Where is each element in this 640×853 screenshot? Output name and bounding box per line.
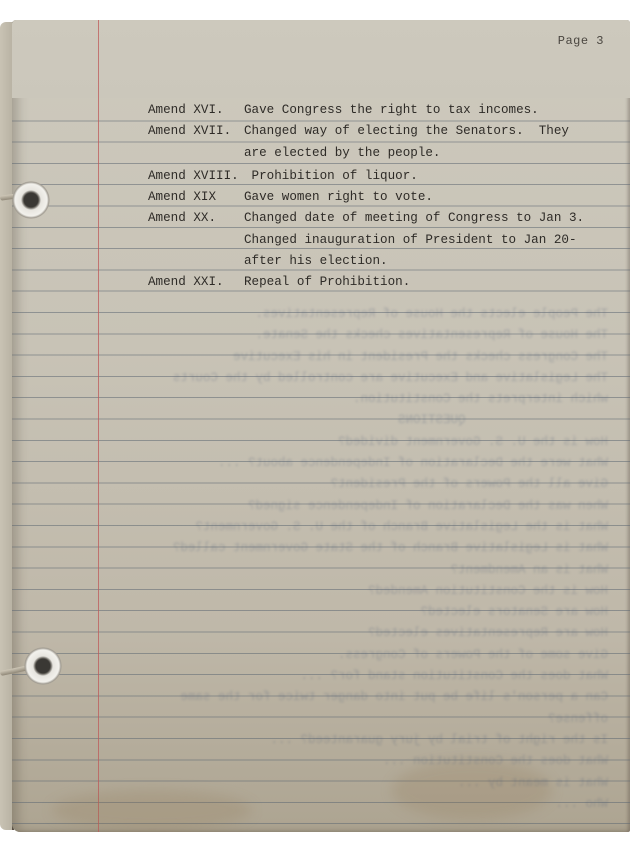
amendment-row: Amend XVII. Changed way of electing the …: [148, 121, 618, 142]
amendment-row-continued: Changed inauguration of President to Jan…: [148, 230, 618, 251]
amendment-row: Amend XVI. Gave Congress the right to ta…: [148, 100, 618, 121]
binder-hole-icon: [12, 181, 50, 219]
amendment-description: Changed way of electing the Senators. Th…: [244, 121, 618, 142]
page-number: Page 3: [558, 34, 604, 48]
amendment-description: Repeal of Prohibition.: [244, 272, 618, 293]
amendment-description: are elected by the people.: [244, 143, 618, 164]
amendment-description: after his election.: [244, 251, 618, 272]
amendment-row: Amend XX. Changed date of meeting of Con…: [148, 208, 618, 229]
amendment-description: Gave Congress the right to tax incomes.: [244, 100, 618, 121]
amendment-number: Amend XXI.: [148, 272, 244, 293]
binder-hole-icon: [24, 647, 62, 685]
amendment-row-continued: after his election.: [148, 251, 618, 272]
amendment-number: Amend XVI.: [148, 100, 244, 121]
amendment-row: Amend XXI. Repeal of Prohibition.: [148, 272, 618, 293]
amendment-row: Amend XVIII. Prohibition of liquor.: [148, 166, 618, 187]
red-margin-line: [98, 20, 99, 832]
notebook-page: Page 3 The People elects the House of Re…: [12, 20, 630, 832]
amendment-row: Amend XIX Gave women right to vote.: [148, 187, 618, 208]
amendment-number: Amend XIX: [148, 187, 244, 208]
page-header-area: [12, 20, 630, 98]
amendment-description: Changed inauguration of President to Jan…: [244, 230, 618, 251]
amendment-description: Changed date of meeting of Congress to J…: [244, 208, 618, 229]
amendment-number: Amend XX.: [148, 208, 244, 229]
amendment-description: Prohibition of liquor.: [244, 166, 618, 187]
amendment-number: Amend XVIII.: [148, 166, 244, 187]
amendment-number: Amend XVII.: [148, 121, 244, 142]
amendment-row-continued: are elected by the people.: [148, 143, 618, 164]
amendments-list: Amend XVI. Gave Congress the right to ta…: [148, 100, 618, 294]
bleed-through-text: The People elects the House of Represent…: [108, 304, 608, 815]
amendment-description: Gave women right to vote.: [244, 187, 618, 208]
